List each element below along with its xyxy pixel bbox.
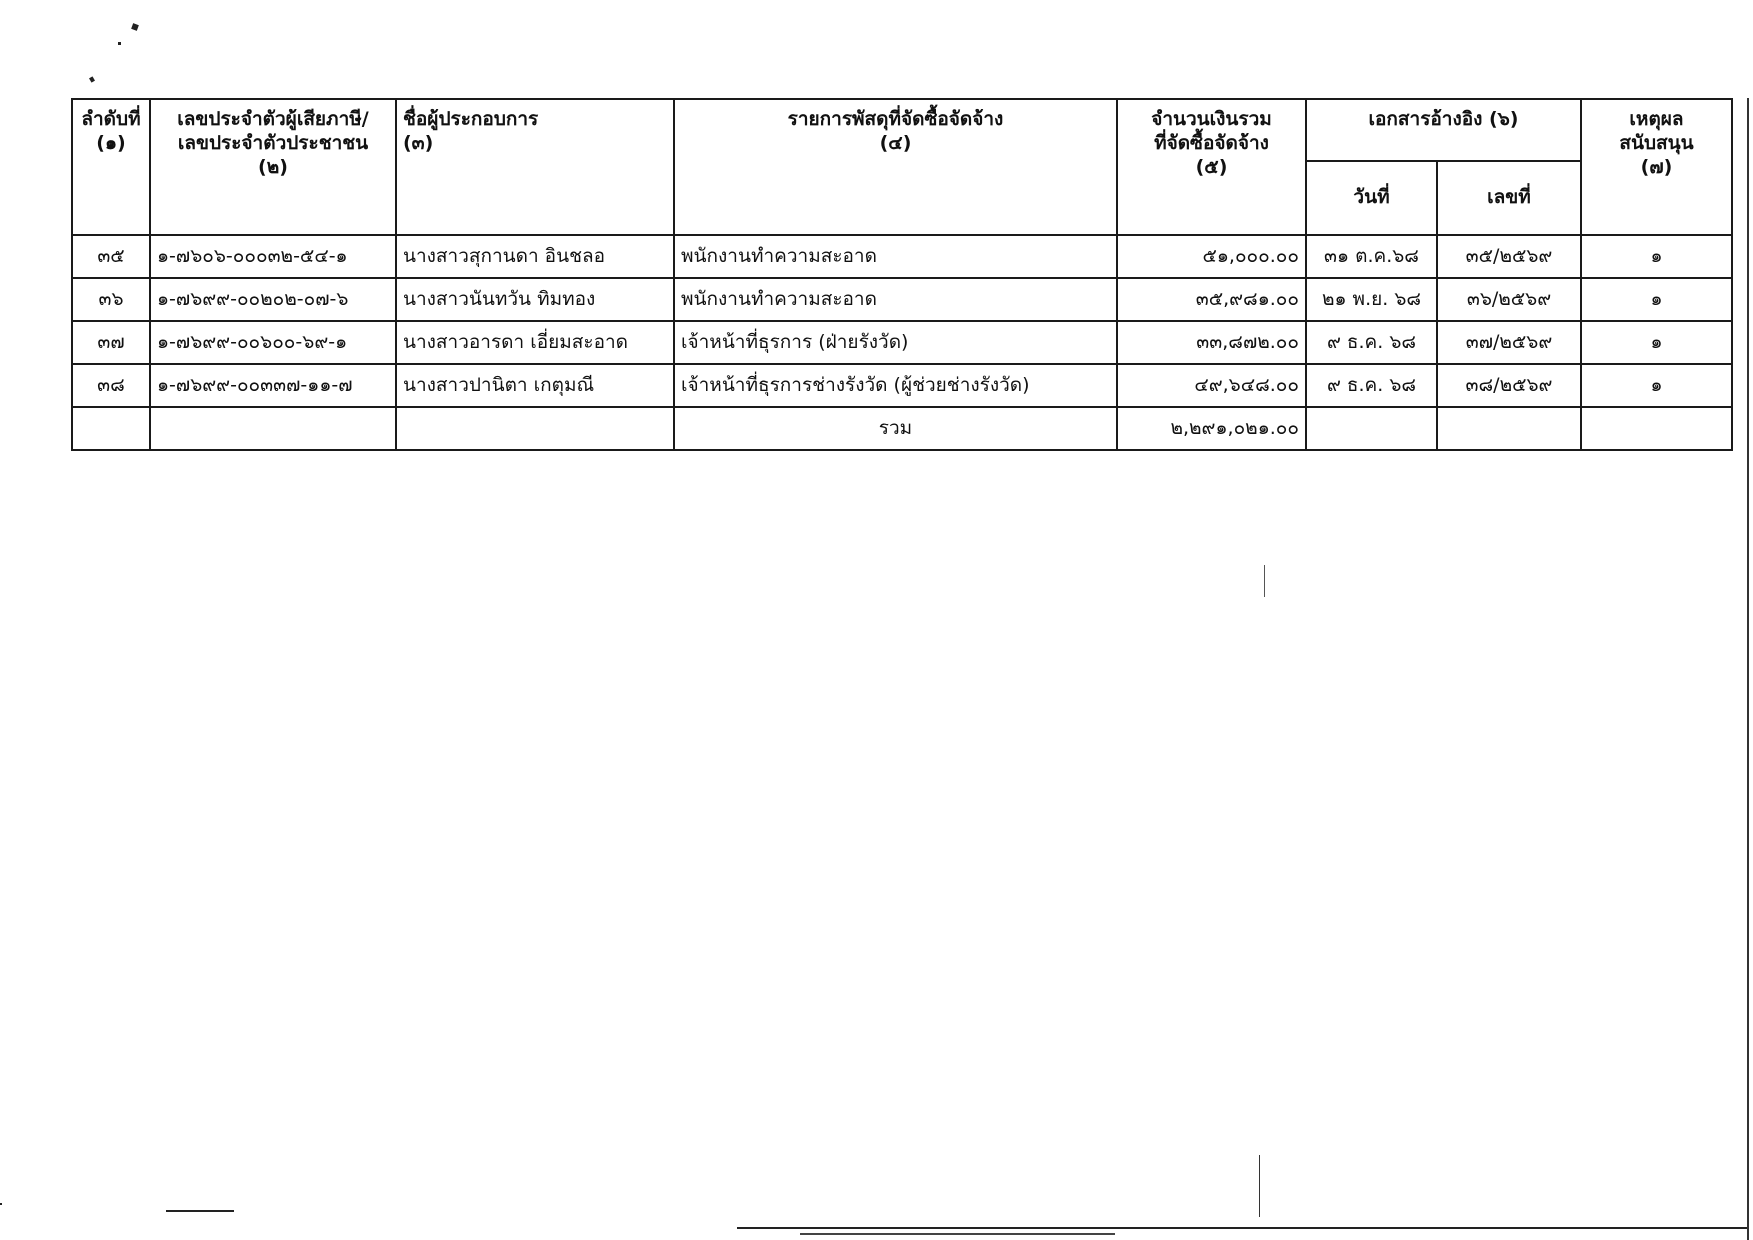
header-row: ลำดับที่ (๑) เลขประจำตัวผู้เสียภาษี/ เลข… xyxy=(72,99,1732,161)
cell-ref-no: ๓๕/๒๕๖๙ xyxy=(1437,235,1581,278)
cell-ref-no: ๓๖/๒๕๖๙ xyxy=(1437,278,1581,321)
header-tax-id: เลขประจำตัวผู้เสียภาษี/ เลขประจำตัวประชา… xyxy=(150,99,396,235)
cell-vendor: นางสาวอารดา เอี่ยมสะอาด xyxy=(396,321,674,364)
cell-tax-id: ๑-๗๖๙๙-๐๐๒๐๒-๐๗-๖ xyxy=(150,278,396,321)
cell-reason: ๑ xyxy=(1581,321,1732,364)
total-empty-cell xyxy=(1306,407,1437,450)
scan-speck xyxy=(131,23,139,31)
cell-reason: ๑ xyxy=(1581,278,1732,321)
header-vendor: ชื่อผู้ประกอบการ (๓) xyxy=(396,99,674,235)
scanned-page: ลำดับที่ (๑) เลขประจำตัวผู้เสียภาษี/ เลข… xyxy=(0,0,1753,1240)
total-empty-cell xyxy=(1437,407,1581,450)
cell-tax-id: ๑-๗๖๙๙-๐๐๓๓๗-๑๑-๗ xyxy=(150,364,396,407)
total-amount: ๒,๒๙๑,๐๒๑.๐๐ xyxy=(1117,407,1306,450)
header-ref-no: เลขที่ xyxy=(1437,161,1581,235)
cell-item: เจ้าหน้าที่ธุรการ (ฝ่ายรังวัด) xyxy=(674,321,1117,364)
header-ref-date: วันที่ xyxy=(1306,161,1437,235)
cell-item: พนักงานทำความสะอาด xyxy=(674,278,1117,321)
cell-amount: ๔๙,๖๔๘.๐๐ xyxy=(1117,364,1306,407)
cell-seq: ๓๖ xyxy=(72,278,150,321)
table-row: ๓๘๑-๗๖๙๙-๐๐๓๓๗-๑๑-๗นางสาวปานิตา เกตุมณีเ… xyxy=(72,364,1732,407)
cell-seq: ๓๕ xyxy=(72,235,150,278)
table-row: ๓๗๑-๗๖๙๙-๐๐๖๐๐-๖๙-๑นางสาวอารดา เอี่ยมสะอ… xyxy=(72,321,1732,364)
header-item: รายการพัสดุที่จัดซื้อจัดจ้าง (๔) xyxy=(674,99,1117,235)
total-row: รวม ๒,๒๙๑,๐๒๑.๐๐ xyxy=(72,407,1732,450)
cell-ref-date: ๙ ธ.ค. ๖๘ xyxy=(1306,364,1437,407)
cell-reason: ๑ xyxy=(1581,364,1732,407)
total-empty-cell xyxy=(1581,407,1732,450)
scan-mark xyxy=(737,1227,1747,1229)
cell-tax-id: ๑-๗๖๐๖-๐๐๐๓๒-๕๔-๑ xyxy=(150,235,396,278)
cell-seq: ๓๘ xyxy=(72,364,150,407)
table-row: ๓๕๑-๗๖๐๖-๐๐๐๓๒-๕๔-๑นางสาวสุกานดา อินชลอพ… xyxy=(72,235,1732,278)
cell-ref-no: ๓๘/๒๕๖๙ xyxy=(1437,364,1581,407)
cell-ref-date: ๓๑ ต.ค.๖๘ xyxy=(1306,235,1437,278)
cell-item: พนักงานทำความสะอาด xyxy=(674,235,1117,278)
cell-vendor: นางสาวสุกานดา อินชลอ xyxy=(396,235,674,278)
cell-vendor: นางสาวนันทวัน ทิมทอง xyxy=(396,278,674,321)
scan-mark xyxy=(0,1203,2,1205)
scan-speck xyxy=(89,76,95,82)
cell-amount: ๕๑,๐๐๐.๐๐ xyxy=(1117,235,1306,278)
total-empty-cell xyxy=(396,407,674,450)
header-amount: จำนวนเงินรวม ที่จัดซื้อจัดจ้าง (๕) xyxy=(1117,99,1306,235)
scan-mark xyxy=(800,1233,1115,1235)
cell-amount: ๓๓,๘๗๒.๐๐ xyxy=(1117,321,1306,364)
cell-tax-id: ๑-๗๖๙๙-๐๐๖๐๐-๖๙-๑ xyxy=(150,321,396,364)
cell-vendor: นางสาวปานิตา เกตุมณี xyxy=(396,364,674,407)
cell-seq: ๓๗ xyxy=(72,321,150,364)
total-label: รวม xyxy=(674,407,1117,450)
scan-mark xyxy=(1259,1155,1260,1217)
procurement-table: ลำดับที่ (๑) เลขประจำตัวผู้เสียภาษี/ เลข… xyxy=(71,98,1733,451)
scan-mark xyxy=(166,1210,234,1212)
table-row: ๓๖๑-๗๖๙๙-๐๐๒๐๒-๐๗-๖นางสาวนันทวัน ทิมทองพ… xyxy=(72,278,1732,321)
header-seq: ลำดับที่ (๑) xyxy=(72,99,150,235)
total-empty-cell xyxy=(150,407,396,450)
cell-item: เจ้าหน้าที่ธุรการช่างรังวัด (ผู้ช่วยช่าง… xyxy=(674,364,1117,407)
cell-ref-date: ๒๑ พ.ย. ๖๘ xyxy=(1306,278,1437,321)
total-empty-cell xyxy=(72,407,150,450)
scan-mark xyxy=(1264,565,1265,597)
scan-edge-line xyxy=(1747,98,1749,1240)
cell-ref-date: ๙ ธ.ค. ๖๘ xyxy=(1306,321,1437,364)
scan-speck xyxy=(118,42,121,45)
header-reason: เหตุผล สนับสนุน (๗) xyxy=(1581,99,1732,235)
cell-ref-no: ๓๗/๒๕๖๙ xyxy=(1437,321,1581,364)
header-reference: เอกสารอ้างอิง (๖) xyxy=(1306,99,1581,161)
cell-amount: ๓๕,๙๘๑.๐๐ xyxy=(1117,278,1306,321)
cell-reason: ๑ xyxy=(1581,235,1732,278)
